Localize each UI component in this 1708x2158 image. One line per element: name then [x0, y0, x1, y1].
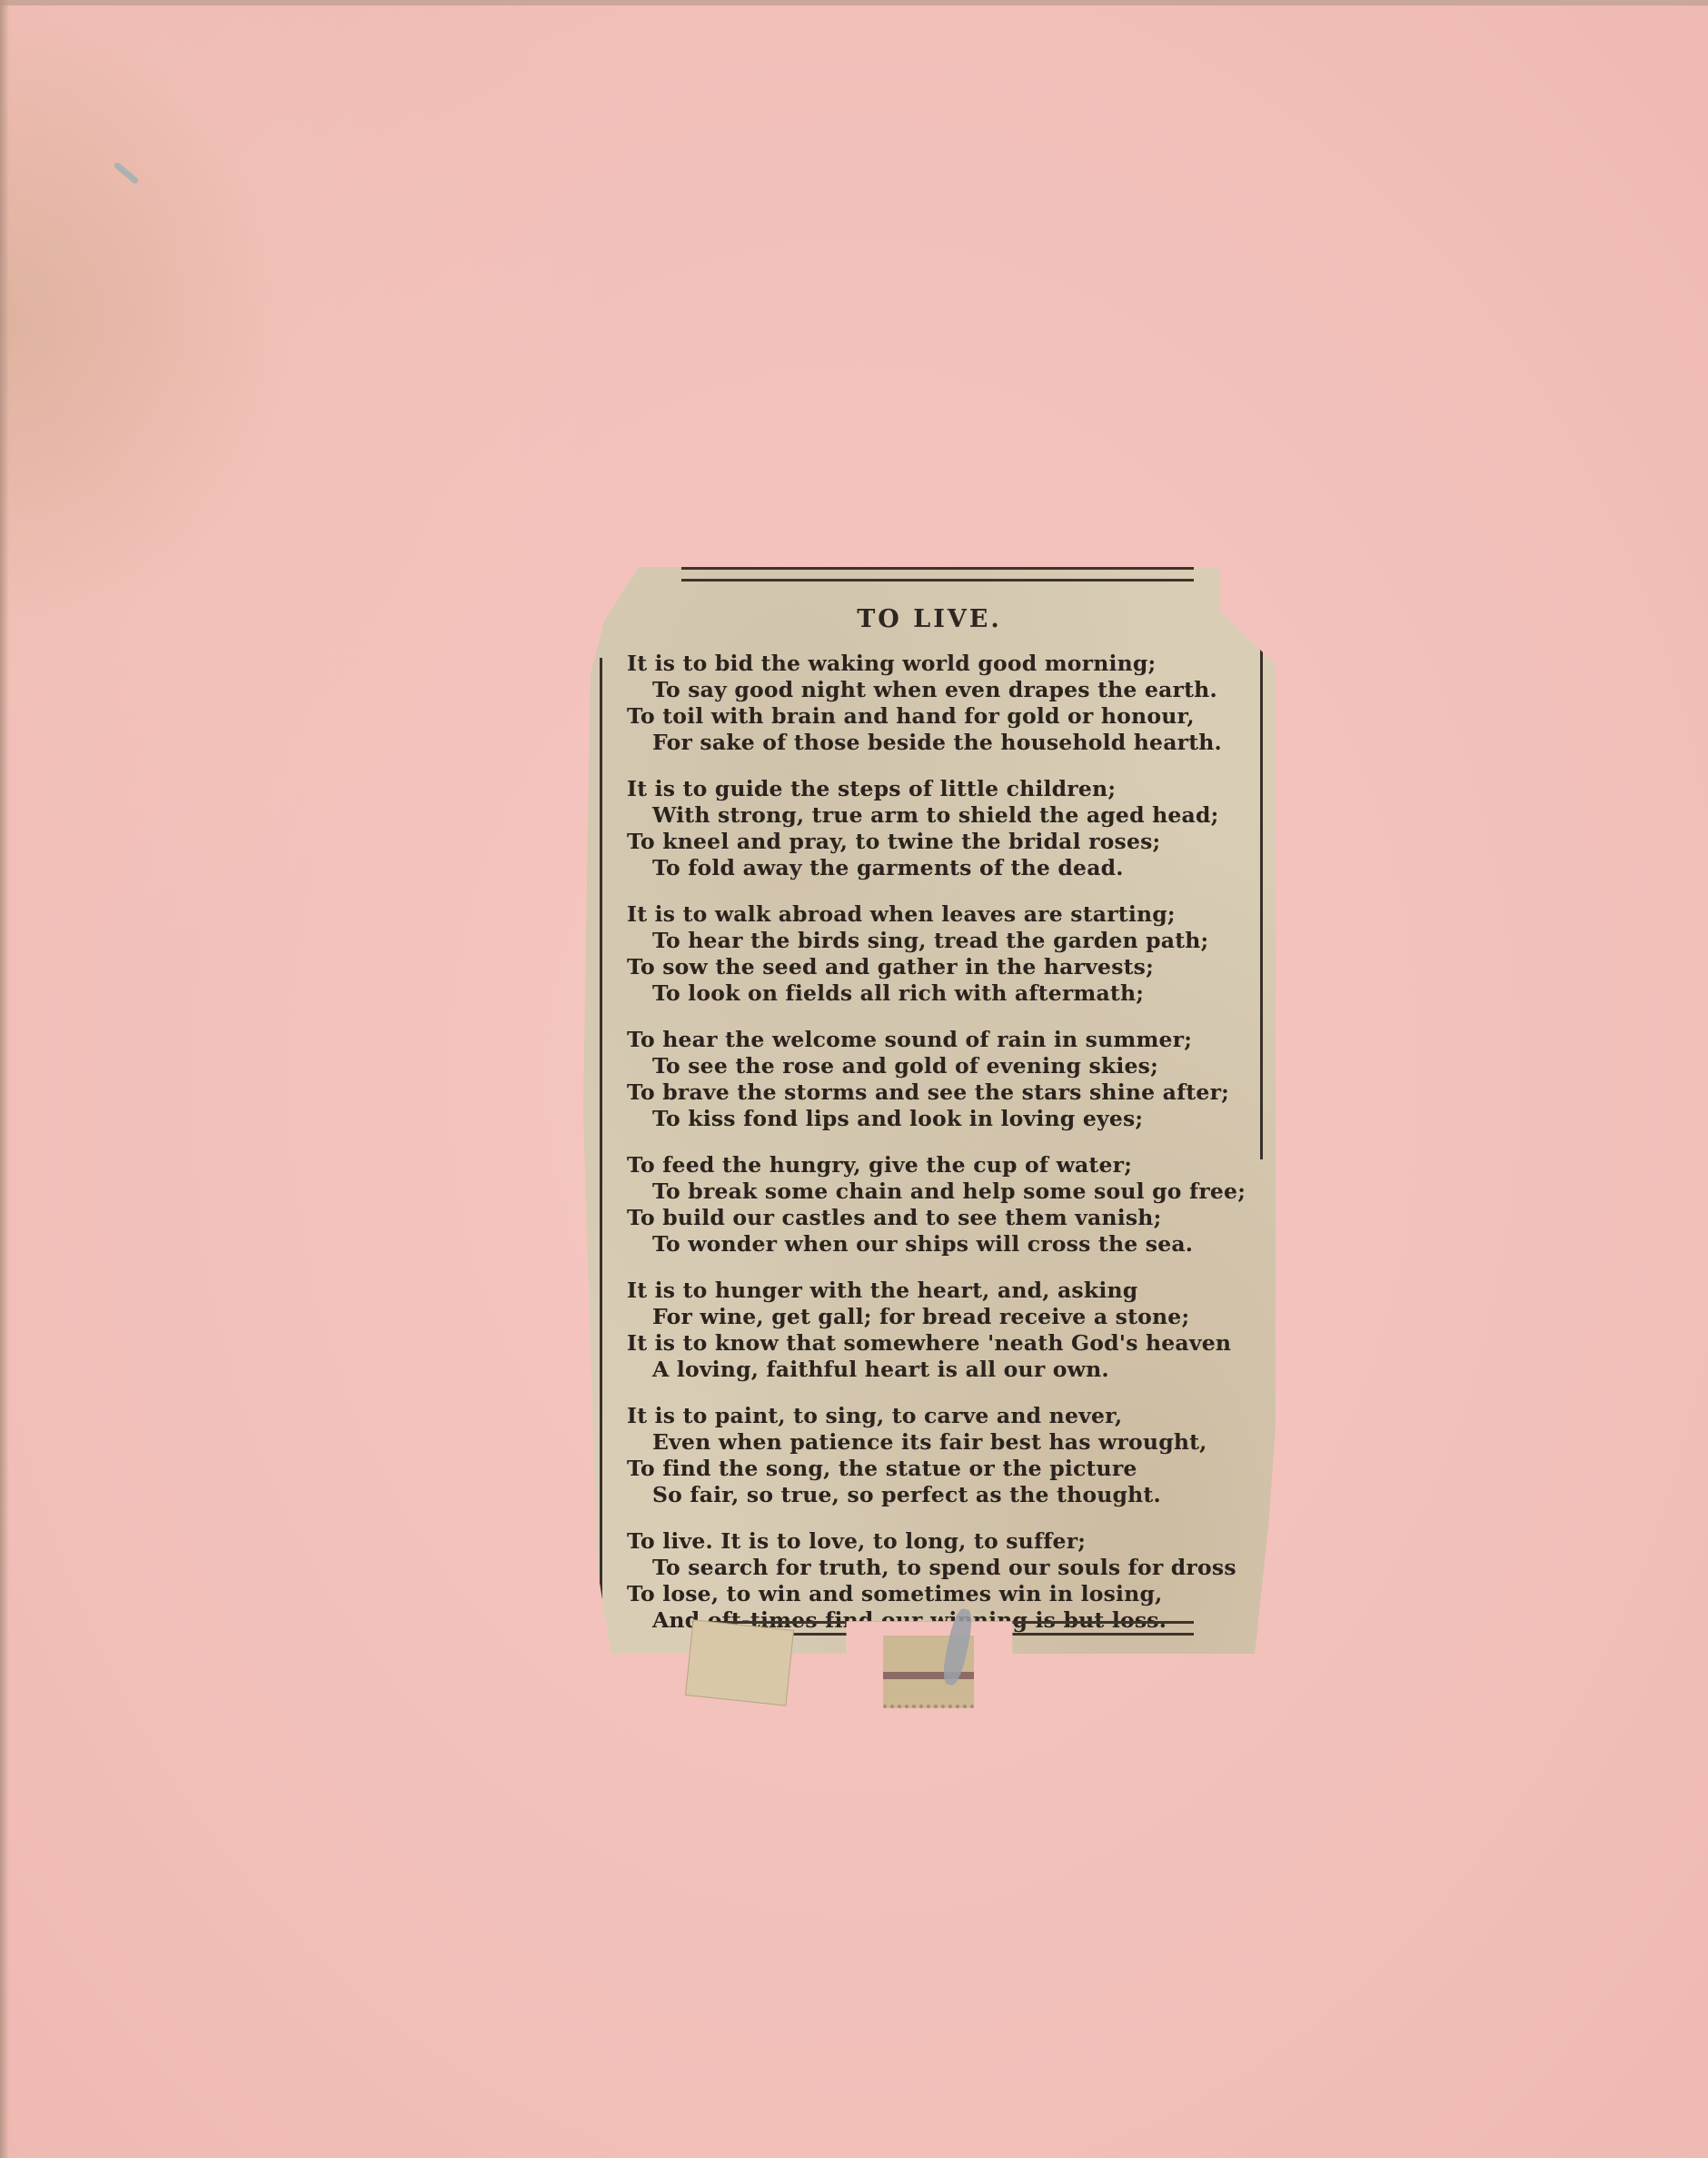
- newspaper-clipping: TO LIVE. It is to bid the waking world g…: [583, 567, 1276, 1654]
- poem-line: It is to paint, to sing, to carve and ne…: [627, 1403, 1263, 1429]
- poem-line: For wine, get gall; for bread receive a …: [627, 1304, 1263, 1330]
- ink-mark: [113, 162, 139, 185]
- poem-line: To fold away the garments of the dead.: [627, 855, 1263, 881]
- poem-line: So fair, so true, so perfect as the thou…: [627, 1482, 1263, 1508]
- poem-line: With strong, true arm to shield the aged…: [627, 802, 1263, 829]
- poem-line: To find the song, the statue or the pict…: [627, 1456, 1263, 1482]
- poem-line: It is to walk abroad when leaves are sta…: [627, 901, 1263, 928]
- top-double-rule: [681, 567, 1194, 582]
- poem-line: A loving, faithful heart is all our own.: [627, 1357, 1263, 1383]
- stanza: It is to bid the waking world good morni…: [627, 651, 1263, 756]
- poem-line: To look on fields all rich with aftermat…: [627, 980, 1263, 1007]
- poem-line: To hear the welcome sound of rain in sum…: [627, 1027, 1263, 1053]
- poem-line: It is to know that somewhere 'neath God'…: [627, 1330, 1263, 1357]
- page-left-edge-stain: [0, 0, 9, 2158]
- poem-line: To see the rose and gold of evening skie…: [627, 1053, 1263, 1079]
- stanza: To hear the welcome sound of rain in sum…: [627, 1027, 1263, 1132]
- poem-line: To lose, to win and sometimes win in los…: [627, 1581, 1263, 1607]
- poem-line: To toil with brain and hand for gold or …: [627, 703, 1263, 730]
- poem-line: To break some chain and help some soul g…: [627, 1178, 1263, 1205]
- poem-line: To feed the hungry, give the cup of wate…: [627, 1152, 1263, 1178]
- poem-line: To kneel and pray, to twine the bridal r…: [627, 829, 1263, 855]
- poem-title: TO LIVE.: [583, 605, 1276, 633]
- column-rule-left: [600, 658, 602, 1657]
- poem-line: It is to guide the steps of little child…: [627, 776, 1263, 802]
- poem-line: It is to hunger with the heart, and, ask…: [627, 1278, 1263, 1304]
- poem-line: To search for truth, to spend our souls …: [627, 1555, 1263, 1581]
- stanza: It is to walk abroad when leaves are sta…: [627, 901, 1263, 1007]
- torn-paper-tab: [685, 1619, 794, 1706]
- page-top-edge: [0, 0, 1708, 5]
- poem-line: It is to bid the waking world good morni…: [627, 651, 1263, 677]
- poem-line: To kiss fond lips and look in loving eye…: [627, 1106, 1263, 1132]
- poem-line: To wonder when our ships will cross the …: [627, 1231, 1263, 1258]
- poem-line: For sake of those beside the household h…: [627, 730, 1263, 756]
- poem-line: To live. It is to love, to long, to suff…: [627, 1528, 1263, 1555]
- poem-line: To brave the storms and see the stars sh…: [627, 1079, 1263, 1106]
- poem-line: To sow the seed and gather in the harves…: [627, 954, 1263, 980]
- stanza: It is to guide the steps of little child…: [627, 776, 1263, 881]
- poem-line: To build our castles and to see them van…: [627, 1205, 1263, 1231]
- stanza: It is to hunger with the heart, and, ask…: [627, 1278, 1263, 1383]
- stanza: To live. It is to love, to long, to suff…: [627, 1528, 1263, 1634]
- poem-body: It is to bid the waking world good morni…: [627, 651, 1263, 1654]
- poem-line: Even when patience its fair best has wro…: [627, 1429, 1263, 1456]
- stanza: It is to paint, to sing, to carve and ne…: [627, 1403, 1263, 1508]
- poem-line: To hear the birds sing, tread the garden…: [627, 928, 1263, 954]
- stanza: To feed the hungry, give the cup of wate…: [627, 1152, 1263, 1258]
- poem-line: To say good night when even drapes the e…: [627, 677, 1263, 703]
